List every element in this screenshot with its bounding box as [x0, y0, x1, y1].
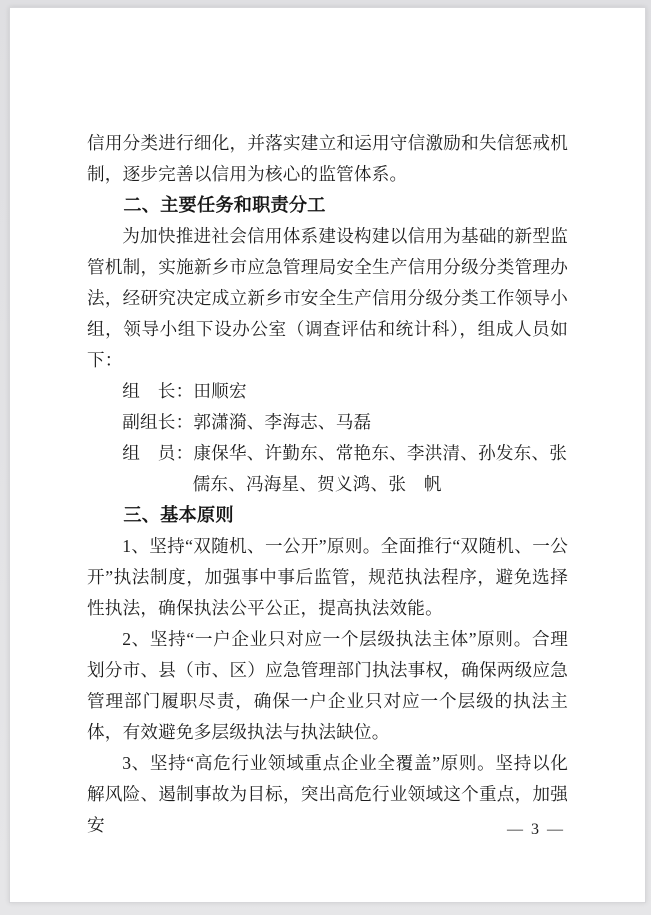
paragraph: 1、坚持“双随机、一公开”原则。全面推行“双随机、一公开”执法制度，加强事中事后…	[87, 531, 568, 624]
paragraph: 为加快推进社会信用体系建设构建以信用为基础的新型监管机制，实施新乡市应急管理局安…	[87, 221, 568, 376]
paragraph: 信用分类进行细化，并落实建立和运用守信激励和失信惩戒机制，逐步完善以信用为核心的…	[87, 128, 568, 190]
document-page: 信用分类进行细化，并落实建立和运用守信激励和失信惩戒机制，逐步完善以信用为核心的…	[9, 7, 646, 903]
roster-line: 组 员：康保华、许勤东、常艳东、李洪清、孙发东、张儒东、冯海星、贺义鸿、张 帆	[87, 438, 568, 500]
roster-line: 组 长：田顺宏	[87, 376, 568, 407]
viewer-canvas: 信用分类进行细化，并落实建立和运用守信激励和失信惩戒机制，逐步完善以信用为核心的…	[0, 0, 651, 915]
section-heading: 三、基本原则	[87, 500, 568, 531]
document-body: 信用分类进行细化，并落实建立和运用守信激励和失信惩戒机制，逐步完善以信用为核心的…	[87, 128, 568, 841]
paragraph: 3、坚持“高危行业领域重点企业全覆盖”原则。坚持以化解风险、遏制事故为目标，突出…	[87, 748, 568, 841]
roster-line: 副组长：郭潇漪、李海志、马磊	[87, 407, 568, 438]
section-heading: 二、主要任务和职责分工	[87, 190, 568, 221]
page-number: — 3 —	[507, 820, 565, 840]
paragraph: 2、坚持“一户企业只对应一个层级执法主体”原则。合理划分市、县（市、区）应急管理…	[87, 624, 568, 748]
